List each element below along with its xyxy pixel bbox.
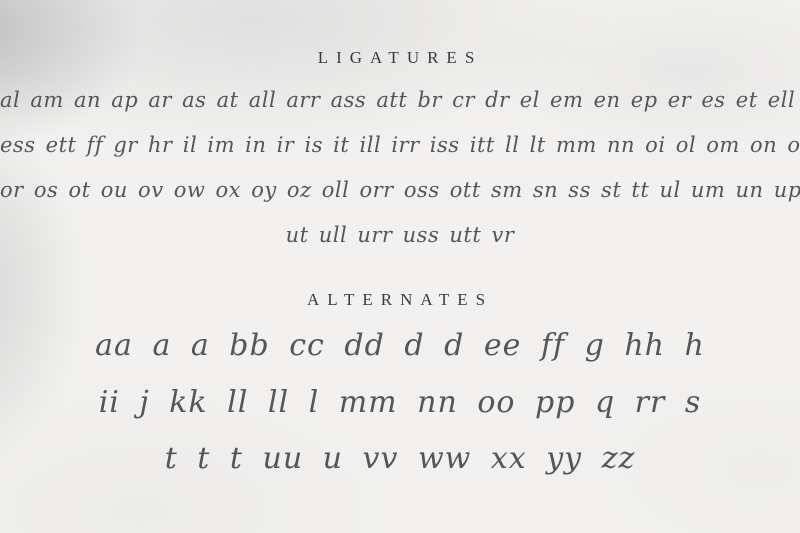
ligatures-line-1: al am an ap ar as at all arr ass att br … <box>0 88 800 112</box>
ligatures-line-4: ut ull urr uss utt vr <box>0 223 800 247</box>
ligatures-line-2: ess ett ff gr hr il im in ir is it ill i… <box>0 133 800 157</box>
alternates-line-3: t t t uu u vv ww xx yy zz <box>0 441 800 476</box>
ligatures-line-3: or os ot ou ov ow ox oy oz oll orr oss o… <box>0 178 800 202</box>
ligatures-heading: LIGATURES <box>0 48 800 68</box>
alternates-heading: ALTERNATES <box>0 290 800 310</box>
font-specimen-sheet: LIGATURES al am an ap ar as at all arr a… <box>0 0 800 533</box>
alternates-line-1: aa a a bb cc dd d d ee ff g hh h <box>0 328 800 363</box>
alternates-line-2: ii j kk ll ll l mm nn oo pp q rr s <box>0 385 800 420</box>
